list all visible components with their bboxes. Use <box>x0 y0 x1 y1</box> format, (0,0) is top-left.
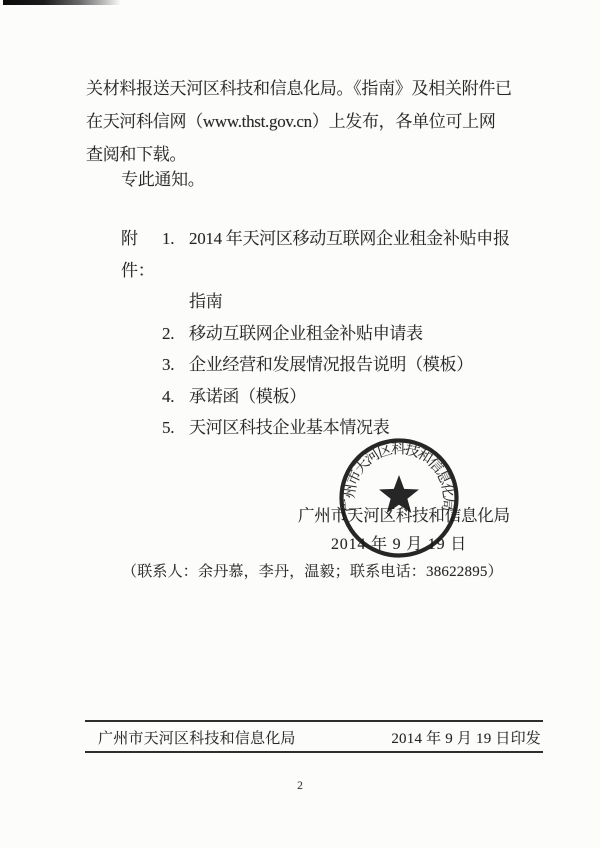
body-line: 关材料报送天河区科技和信息化局。《指南》及相关附件已 <box>86 72 534 105</box>
seal-star-icon <box>379 475 419 513</box>
attachment-list: 附件： 1. 2014 年天河区移动互联网企业租金补贴申报 指南 2. 移动互联… <box>121 223 541 444</box>
attachment-item-number: 4. <box>162 381 189 413</box>
closing-line: 专此通知。 <box>121 163 205 196</box>
page-number: 2 <box>0 780 600 792</box>
attachment-item-number: 1. <box>162 223 189 286</box>
footer-rule-bottom <box>85 751 543 753</box>
document-page: 关材料报送天河区科技和信息化局。《指南》及相关附件已 在天河科信网（www.th… <box>0 0 600 848</box>
body-paragraph: 关材料报送天河区科技和信息化局。《指南》及相关附件已 在天河科信网（www.th… <box>86 72 534 171</box>
footer-row: 广州市天河区科技和信息化局 2014 年 9 月 19 日印发 <box>85 727 543 748</box>
attachment-item-text: 企业经营和发展情况报告说明（模板） <box>189 349 541 381</box>
attachment-item: 附件： 1. 2014 年天河区移动互联网企业租金补贴申报 <box>121 223 541 286</box>
scan-artifact-top-edge <box>3 0 121 5</box>
attachment-item-text: 承诺函（模板） <box>189 381 541 413</box>
attachment-item-text: 移动互联网企业租金补贴申请表 <box>189 318 541 350</box>
official-seal: 广州市天河区科技和信息化局 <box>334 433 464 563</box>
attachment-item: 5. 天河区科技企业基本情况表 <box>121 412 541 444</box>
attachment-item-number: 3. <box>162 349 189 381</box>
attachment-item-number: 2. <box>162 318 189 350</box>
attachment-item: 2. 移动互联网企业租金补贴申请表 <box>121 318 541 350</box>
contact-line: （联系人：余丹慕，李丹，温毅；联系电话：38622895） <box>122 560 503 581</box>
footer-rule-top <box>85 720 543 722</box>
attachment-item: 3. 企业经营和发展情况报告说明（模板） <box>121 349 541 381</box>
attachment-item-text: 指南 <box>189 286 541 318</box>
attachment-item-number: 5. <box>162 412 189 444</box>
attachment-item-wrap: 指南 <box>121 286 541 318</box>
attachment-item-text: 2014 年天河区移动互联网企业租金补贴申报 <box>189 223 541 286</box>
footer-org: 广州市天河区科技和信息化局 <box>98 727 296 748</box>
footer-print-date: 2014 年 9 月 19 日印发 <box>391 727 541 748</box>
attachment-label: 附件： <box>121 223 162 286</box>
attachment-item: 4. 承诺函（模板） <box>121 381 541 413</box>
body-line: 在天河科信网（www.thst.gov.cn）上发布，各单位可上网 <box>86 105 534 138</box>
